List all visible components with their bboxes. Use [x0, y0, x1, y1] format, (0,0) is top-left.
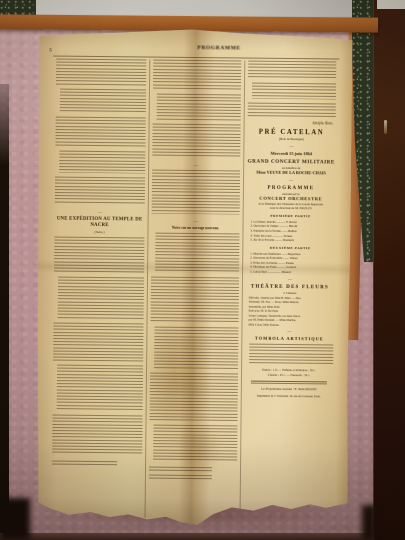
body-text-block — [157, 94, 241, 121]
body-text-block — [152, 124, 240, 159]
running-title: PROGRAMME — [197, 45, 257, 52]
body-text-block — [55, 177, 145, 206]
cabinet-side-panel — [373, 0, 405, 540]
body-text-block — [58, 277, 144, 320]
body-text-block — [53, 323, 143, 362]
body-text-block — [153, 425, 237, 462]
body-text-block — [154, 327, 238, 370]
article-heading-left: UNE EXPÉDITION AU TEMPLE DE NACRE — [55, 217, 145, 230]
column-middle: — — Notes sur un ouvrage nouveau. — [144, 60, 244, 519]
bottom-left-shadow — [0, 498, 30, 540]
printer-line: Imprimerie de J. Voisvenel, 16, rue du C… — [245, 393, 333, 398]
footnote-line — [52, 461, 117, 466]
left-dark-edge — [0, 84, 9, 540]
gerant-line: Le Propriétaire-Gérant : E. BAUDOUIN — [245, 386, 333, 392]
body-text-block — [56, 59, 146, 86]
body-text-block — [52, 415, 142, 456]
column-grid: — UNE EXPÉDITION AU TEMPLE DE NACRE (Sui… — [49, 59, 340, 520]
section-separator: — — [152, 218, 240, 224]
body-text-block — [152, 170, 240, 215]
bottom-shadow-strip — [0, 533, 374, 540]
part1-item-list: 1. Le Désert, marche ............ F. Dav… — [250, 219, 332, 243]
page-number: 5 — [49, 47, 51, 52]
part2-label: DEUXIÈME PARTIE — [246, 245, 334, 251]
body-text-block — [60, 89, 146, 114]
body-text-block — [248, 61, 336, 80]
note-heading-middle: Notes sur un ouvrage nouveau. — [152, 226, 240, 231]
venue-subtitle: (Bois de Boulogne) — [247, 137, 335, 142]
fleurs-cast-list: Mélodie, chantée par Mlle B. Mira. — Duo… — [249, 296, 332, 328]
photo-scene: 5 PROGRAMME — UNE EXPÉDITION AU TEMPLE D… — [0, 0, 405, 540]
bottom-right-shadow — [362, 505, 376, 540]
programme-item: 5. Galop final .................. Musard — [250, 270, 332, 275]
newspaper-page: 5 PROGRAMME — UNE EXPÉDITION AU TEMPLE D… — [34, 27, 352, 530]
colophon: Le Propriétaire-Gérant : E. BAUDOUIN Imp… — [245, 386, 333, 398]
body-text-block — [59, 151, 145, 174]
tombola-heading: TOMBOLA ARTISTIQUE — [245, 335, 333, 342]
section-separator: — — [245, 327, 333, 333]
body-text-block — [150, 373, 238, 422]
wall-corner — [377, 0, 405, 9]
section-separator: — — [247, 142, 335, 148]
body-text-block — [252, 83, 336, 100]
fleurs-time: à 3 heures — [246, 290, 334, 295]
cast-line: Mlle Colas, Mlle Sidonie. — [249, 322, 332, 327]
programme-block: PRÉ CATELAN (Bois de Boulogne) — Mercred… — [246, 129, 336, 276]
footnote-line — [149, 467, 212, 472]
section-separator: — — [152, 162, 240, 168]
body-text-block — [155, 233, 239, 274]
body-text-block — [248, 103, 336, 118]
part2-item-list: 1. Marche aux flambeaux ....... Meyerbee… — [250, 251, 332, 275]
section-separator: — — [247, 176, 335, 182]
price-list: Entrée : 1 fr. — Enfants et militaires :… — [245, 367, 333, 377]
event-date: Mercredi 15 juin 1864 — [247, 150, 335, 157]
article-signature: Adolphe Botte. — [248, 121, 334, 126]
conductor-line: sous la direction de M. PAULUS — [247, 206, 335, 211]
section-separator: — — [246, 275, 334, 281]
event-title: GRAND CONCERT MILITAIRE — [247, 158, 335, 166]
article-subheading-left: (Suite.) — [54, 230, 144, 235]
part1-label: PREMIÈRE PARTIE — [247, 213, 335, 219]
body-text-block — [151, 277, 239, 324]
body-text-block — [249, 343, 333, 364]
column-left: — UNE EXPÉDITION AU TEMPLE DE NACRE (Sui… — [49, 59, 150, 518]
column-right: Adolphe Botte. PRÉ CATELAN (Bois de Boul… — [239, 61, 339, 520]
body-text-block — [57, 365, 143, 412]
body-text-block — [153, 60, 241, 91]
price-line: Chaises : 25 c. — Fauteuils : 50 c. — [245, 372, 333, 378]
beneficiary-name: Mme VEUVE DE LA ROCHE-CHAIS — [247, 169, 335, 176]
colophon-rule — [251, 381, 327, 384]
fleurs-heading: THÉÂTRE DES FLEURS — [246, 283, 334, 291]
cabinet-hinge — [384, 120, 387, 134]
section-separator: — — [55, 209, 145, 215]
body-text-block — [54, 237, 144, 274]
programme-item: 5. Air de la Favorite ......... Donizett… — [250, 238, 332, 243]
footnote-line — [149, 475, 212, 480]
body-text-block — [55, 117, 145, 148]
